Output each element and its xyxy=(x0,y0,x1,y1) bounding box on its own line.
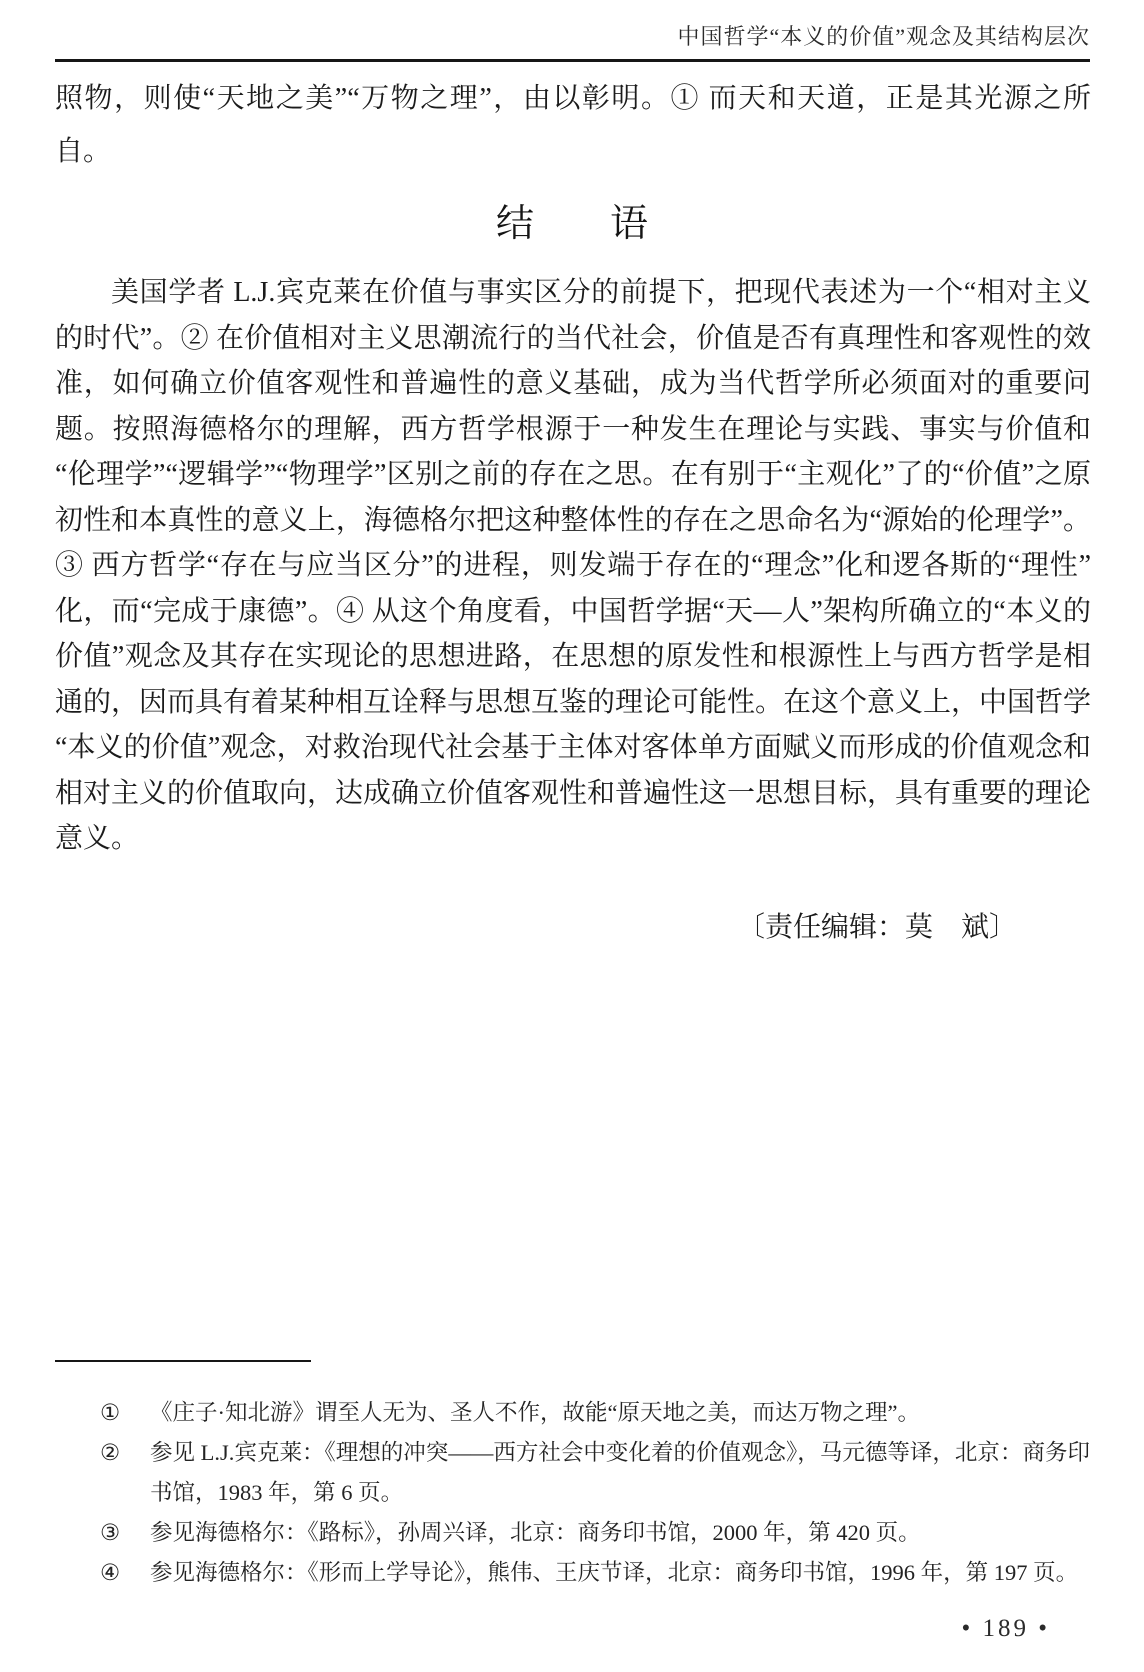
footnote-marker: ② xyxy=(100,1433,150,1473)
footnote-text: 参见海德格尔：《路标》，孙周兴译，北京：商务印书馆，2000 年，第 420 页… xyxy=(150,1513,1090,1553)
footnote-item: ① 《庄子·知北游》谓至人无为、圣人不作，故能“原天地之美，而达万物之理”。 xyxy=(100,1393,1090,1433)
conclusion-paragraph: 美国学者 L.J.宾克莱在价值与事实区分的前提下，把现代表述为一个“相对主义的时… xyxy=(55,270,1091,862)
footnote-item: ② 参见 L.J.宾克莱：《理想的冲突——西方社会中变化着的价值观念》，马元德等… xyxy=(100,1433,1090,1513)
page-number: • 189 • xyxy=(961,1615,1050,1643)
footnote-item: ③ 参见海德格尔：《路标》，孙周兴译，北京：商务印书馆，2000 年，第 420… xyxy=(100,1513,1090,1553)
footnote-marker: ④ xyxy=(100,1553,150,1593)
footnote-text: 参见 L.J.宾克莱：《理想的冲突——西方社会中变化着的价值观念》，马元德等译，… xyxy=(150,1433,1090,1513)
footnote-item: ④ 参见海德格尔：《形而上学导论》，熊伟、王庆节译，北京：商务印书馆，1996 … xyxy=(100,1553,1090,1593)
running-header: 中国哲学“本义的价值”观念及其结构层次 xyxy=(677,20,1090,51)
footnote-marker: ① xyxy=(100,1393,150,1433)
footnote-marker: ③ xyxy=(100,1513,150,1553)
footnote-text: 《庄子·知北游》谓至人无为、圣人不作，故能“原天地之美，而达万物之理”。 xyxy=(150,1393,1090,1433)
footnotes-section: ① 《庄子·知北游》谓至人无为、圣人不作，故能“原天地之美，而达万物之理”。 ②… xyxy=(100,1393,1090,1593)
footnote-text: 参见海德格尔：《形而上学导论》，熊伟、王庆节译，北京：商务印书馆，1996 年，… xyxy=(150,1553,1090,1593)
section-title: 结 语 xyxy=(0,192,1144,247)
footnote-separator xyxy=(55,1360,311,1362)
editor-note: 〔责任编辑：莫 斌〕 xyxy=(737,905,1017,945)
document-page: 中国哲学“本义的价值”观念及其结构层次 照物，则使“天地之美”“万物之理”，由以… xyxy=(0,0,1144,1672)
carryover-paragraph: 照物，则使“天地之美”“万物之理”，由以彰明。① 而天和天道，正是其光源之所自。 xyxy=(55,72,1091,178)
header-rule xyxy=(55,59,1090,62)
